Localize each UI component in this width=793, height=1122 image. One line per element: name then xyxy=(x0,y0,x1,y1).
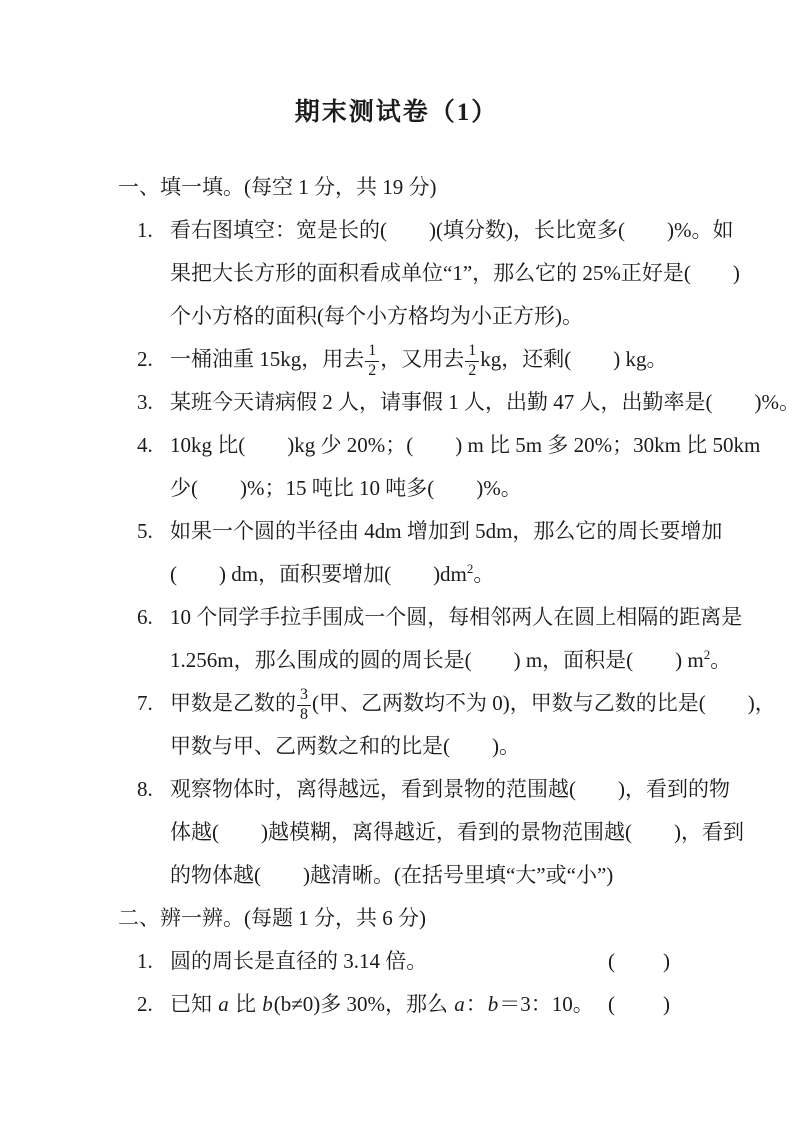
question-number: 3. xyxy=(137,381,170,424)
question-line: 如果一个圆的半径由 4dm 增加到 5dm，那么它的周长要增加 xyxy=(170,510,678,553)
text-run: 1.256m，那么围成的圆的周长是( ) m，面积是( ) m xyxy=(170,648,704,672)
text-run: ＝3：10。 xyxy=(499,992,594,1016)
question-body: 10 个同学手拉手围成一个圆，每相邻两人在圆上相隔的距离是1.256m，那么围成… xyxy=(170,596,678,682)
text-run: 果把大长方形的面积看成单位“1”，那么它的 25%正好是( ) xyxy=(170,261,740,285)
text-run: 少( )%；15 吨比 10 吨多( )%。 xyxy=(170,476,522,500)
question: 3.某班今天请病假 2 人，请事假 1 人，出勤 47 人，出勤率是( )%。 xyxy=(137,381,678,424)
text-run: ( ) dm，面积要增加( )dm xyxy=(170,562,467,586)
question-number: 4. xyxy=(137,424,170,510)
question-number: 1. xyxy=(137,940,170,983)
question-number: 5. xyxy=(137,510,170,596)
section-2-header: 二、辨一辨。(每题 1 分，共 6 分) xyxy=(118,897,678,940)
text-run: 一桶油重 15kg，用去 xyxy=(170,347,364,371)
question-line: 一桶油重 15kg，用去12，又用去12kg，还剩( ) kg。 xyxy=(170,338,678,381)
question-number: 8. xyxy=(137,768,170,897)
question-number: 2. xyxy=(137,338,170,381)
question-line: 10kg 比( )kg 少 20%；( ) m 比 5m 多 20%；30km … xyxy=(170,424,678,467)
question: 2.已知 a 比 b(b≠0)多 30%，那么 a：b＝3：10。( ) xyxy=(137,983,678,1026)
question-body: 某班今天请病假 2 人，请事假 1 人，出勤 47 人，出勤率是( )%。 xyxy=(170,381,678,424)
question-line: 1.256m，那么围成的圆的周长是( ) m，面积是( ) m2。 xyxy=(170,639,678,682)
text-run: ，又用去 xyxy=(380,347,464,371)
question-body: 圆的周长是直径的 3.14 倍。( ) xyxy=(170,940,678,983)
question-number: 1. xyxy=(137,209,170,338)
question: 8.观察物体时，离得越远，看到景物的范围越( )，看到的物体越( )越模糊，离得… xyxy=(137,768,678,897)
italic-variable: b xyxy=(487,992,500,1016)
question: 7.甲数是乙数的38(甲、乙两数均不为 0)，甲数与乙数的比是( )，甲数与甲、… xyxy=(137,682,678,768)
question: 5.如果一个圆的半径由 4dm 增加到 5dm，那么它的周长要增加( ) dm，… xyxy=(137,510,678,596)
question-number: 6. xyxy=(137,596,170,682)
question-line: 的物体越( )越清晰。(在括号里填“大”或“小”) xyxy=(170,854,678,897)
text-run: 甲数是乙数的 xyxy=(170,691,296,715)
question-line: ( ) dm，面积要增加( )dm2。 xyxy=(170,553,678,596)
text-run: 观察物体时，离得越远，看到景物的范围越( )，看到的物 xyxy=(170,777,730,801)
question-number: 2. xyxy=(137,983,170,1026)
question: 1.圆的周长是直径的 3.14 倍。( ) xyxy=(137,940,678,983)
text-run: 比 xyxy=(230,992,262,1016)
fraction: 12 xyxy=(365,343,379,380)
question-body: 已知 a 比 b(b≠0)多 30%，那么 a：b＝3：10。( ) xyxy=(170,983,678,1026)
question-line: 甲数与甲、乙两数之和的比是( )。 xyxy=(170,725,678,768)
text-run: 的物体越( )越清晰。(在括号里填“大”或“小”) xyxy=(170,863,613,887)
question-body: 10kg 比( )kg 少 20%；( ) m 比 5m 多 20%；30km … xyxy=(170,424,678,510)
text-run: (甲、乙两数均不为 0)，甲数与乙数的比是( )， xyxy=(312,691,776,715)
section-2-question-list: 1.圆的周长是直径的 3.14 倍。( )2.已知 a 比 b(b≠0)多 30… xyxy=(118,940,678,1026)
text-run: 个小方格的面积(每个小方格均为小正方形)。 xyxy=(170,304,583,328)
section-1-question-list: 1.看右图填空：宽是长的( )(填分数)，长比宽多( )%。如果把大长方形的面积… xyxy=(118,209,678,897)
text-run: ： xyxy=(466,992,487,1016)
italic-variable: a xyxy=(453,992,466,1016)
question: 2.一桶油重 15kg，用去12，又用去12kg，还剩( ) kg。 xyxy=(137,338,678,381)
text-run: 体越( )越模糊，离得越近，看到的景物范围越( )，看到 xyxy=(170,820,744,844)
text-run: 10kg 比( )kg 少 20%；( ) m 比 5m 多 20%；30km … xyxy=(170,433,760,457)
question-line: 观察物体时，离得越远，看到景物的范围越( )，看到的物 xyxy=(170,768,678,811)
true-false-parens: ( ) xyxy=(608,983,672,1026)
fraction: 12 xyxy=(465,343,479,380)
question-body: 观察物体时，离得越远，看到景物的范围越( )，看到的物体越( )越模糊，离得越近… xyxy=(170,768,678,897)
exam-paper-page: 期末测试卷（1） 一、填一填。(每空 1 分，共 19 分) 1.看右图填空：宽… xyxy=(0,0,793,1122)
section-1-header: 一、填一填。(每空 1 分，共 19 分) xyxy=(118,166,678,209)
document-body: 一、填一填。(每空 1 分，共 19 分) 1.看右图填空：宽是长的( )(填分… xyxy=(118,166,678,1026)
text-run: 已知 xyxy=(170,992,217,1016)
text-run: (b≠0)多 30%，那么 xyxy=(274,992,454,1016)
question-line: 体越( )越模糊，离得越近，看到的景物范围越( )，看到 xyxy=(170,811,678,854)
true-false-parens: ( ) xyxy=(608,940,672,983)
text-run: 圆的周长是直径的 3.14 倍。 xyxy=(170,949,427,973)
question-line: 看右图填空：宽是长的( )(填分数)，长比宽多( )%。如 xyxy=(170,209,678,252)
question: 6.10 个同学手拉手围成一个圆，每相邻两人在圆上相隔的距离是1.256m，那么… xyxy=(137,596,678,682)
question: 4.10kg 比( )kg 少 20%；( ) m 比 5m 多 20%；30k… xyxy=(137,424,678,510)
question-line: 甲数是乙数的38(甲、乙两数均不为 0)，甲数与乙数的比是( )， xyxy=(170,682,678,725)
fraction: 38 xyxy=(297,687,311,724)
question-number: 7. xyxy=(137,682,170,768)
question-line: 个小方格的面积(每个小方格均为小正方形)。 xyxy=(170,295,678,338)
question-body: 甲数是乙数的38(甲、乙两数均不为 0)，甲数与乙数的比是( )，甲数与甲、乙两… xyxy=(170,682,678,768)
question-line: 圆的周长是直径的 3.14 倍。( ) xyxy=(170,940,678,983)
question-body: 如果一个圆的半径由 4dm 增加到 5dm，那么它的周长要增加( ) dm，面积… xyxy=(170,510,678,596)
text-run: 。 xyxy=(473,562,494,586)
question: 1.看右图填空：宽是长的( )(填分数)，长比宽多( )%。如果把大长方形的面积… xyxy=(137,209,678,338)
text-run: 甲数与甲、乙两数之和的比是( )。 xyxy=(170,734,520,758)
text-run: 如果一个圆的半径由 4dm 增加到 5dm，那么它的周长要增加 xyxy=(170,519,722,543)
page-title: 期末测试卷（1） xyxy=(0,0,793,130)
question-line: 果把大长方形的面积看成单位“1”，那么它的 25%正好是( ) xyxy=(170,252,678,295)
text-run: 看右图填空：宽是长的( )(填分数)，长比宽多( )%。如 xyxy=(170,218,733,242)
question-line: 某班今天请病假 2 人，请事假 1 人，出勤 47 人，出勤率是( )%。 xyxy=(170,381,678,424)
italic-variable: b xyxy=(261,992,274,1016)
question-line: 10 个同学手拉手围成一个圆，每相邻两人在圆上相隔的距离是 xyxy=(170,596,678,639)
question-body: 看右图填空：宽是长的( )(填分数)，长比宽多( )%。如果把大长方形的面积看成… xyxy=(170,209,678,338)
question-line: 少( )%；15 吨比 10 吨多( )%。 xyxy=(170,467,678,510)
text-run: 10 个同学手拉手围成一个圆，每相邻两人在圆上相隔的距离是 xyxy=(170,605,742,629)
text-run: 。 xyxy=(710,648,731,672)
statement-text: 已知 a 比 b(b≠0)多 30%，那么 a：b＝3：10。 xyxy=(170,983,594,1026)
text-run: 某班今天请病假 2 人，请事假 1 人，出勤 47 人，出勤率是( )%。 xyxy=(170,390,793,414)
italic-variable: a xyxy=(217,992,230,1016)
text-run: kg，还剩( ) kg。 xyxy=(480,347,667,371)
statement-text: 圆的周长是直径的 3.14 倍。 xyxy=(170,940,427,983)
question-body: 一桶油重 15kg，用去12，又用去12kg，还剩( ) kg。 xyxy=(170,338,678,381)
question-line: 已知 a 比 b(b≠0)多 30%，那么 a：b＝3：10。( ) xyxy=(170,983,678,1026)
